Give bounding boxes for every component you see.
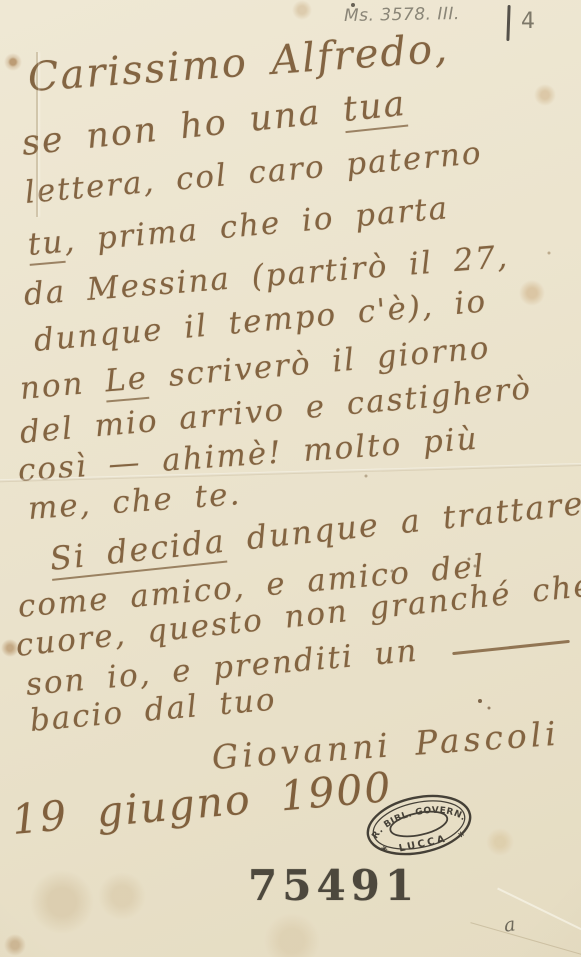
ink-specks <box>0 0 2 2</box>
stamp-star-left-icon: * <box>380 843 390 858</box>
manuscript-number-annotation: Ms. 3578. III. <box>344 4 460 26</box>
letter-page: Ms. 3578. III. 4 Carissimo Alfredo, se n… <box>0 0 581 957</box>
letter-text-underlined: tu <box>26 224 66 266</box>
corner-crease <box>470 922 581 957</box>
letter-date: 19 giugno 1900 <box>10 763 394 844</box>
letter-text: non <box>18 364 106 407</box>
leaf-number-annotation: 4 <box>521 9 535 34</box>
left-edge-crease <box>36 52 38 217</box>
accession-number-stamp: 75491 <box>248 861 419 910</box>
ink-flourish-dash <box>452 640 570 655</box>
letter-text: dunque a trattare <box>224 484 581 559</box>
leaf-separator-stroke <box>506 5 510 41</box>
letter-text-underlined: Le <box>104 360 150 403</box>
letter-text-underlined: tua <box>341 84 409 133</box>
